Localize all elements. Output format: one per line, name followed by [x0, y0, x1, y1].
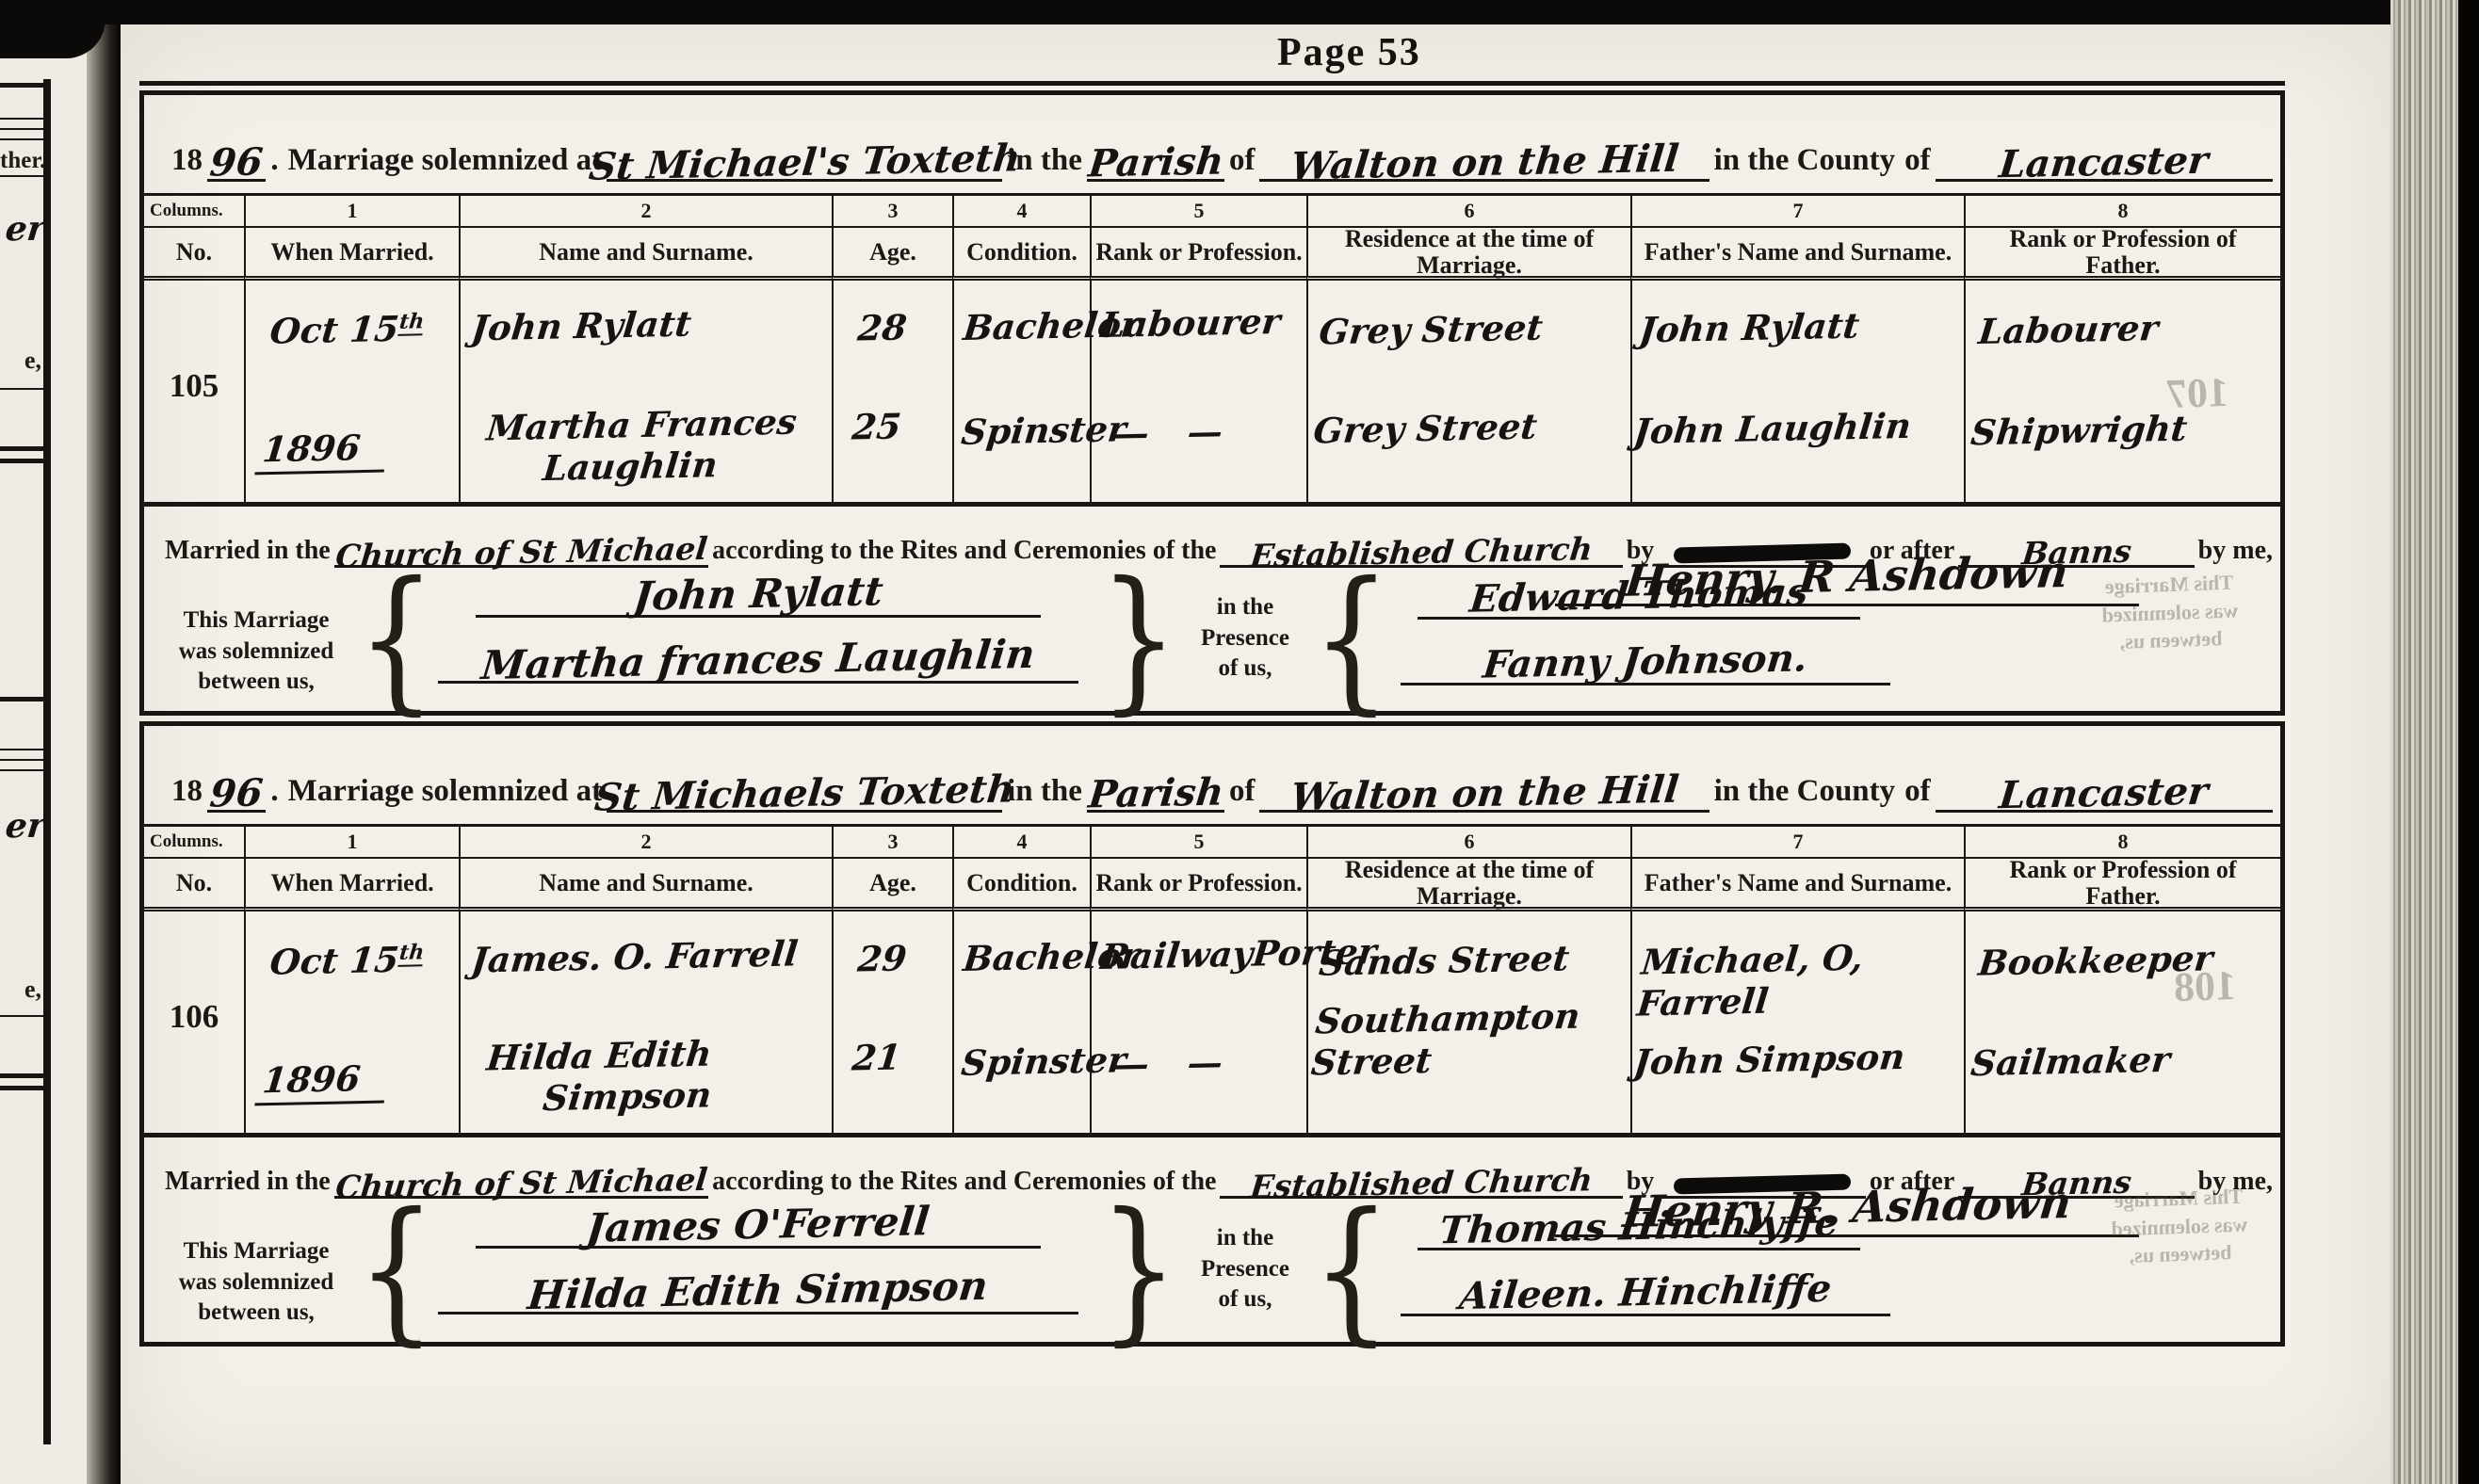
groom-father-name: Michael, O, Farrell — [1635, 934, 1969, 1024]
columns-label: Columns. — [144, 827, 244, 859]
when-married-cell: Oct 15th 1896 — [244, 911, 459, 1137]
column-number: 8 — [1964, 827, 2280, 859]
showthrough-this-marriage: This Marriage was solemnized between us, — [2075, 568, 2266, 658]
presence-label: in the Presence of us, — [1180, 1204, 1310, 1336]
year-blank: 96 — [207, 760, 266, 813]
groom-signature: John Rylatt — [476, 573, 1041, 618]
brace-close: } — [1099, 1205, 1178, 1335]
showthrough-entry-number: 108 — [2173, 961, 2237, 1011]
col-header-name: Name and Surname. — [459, 228, 832, 281]
parish-blank: Parish — [1087, 760, 1224, 813]
bride-father-rank: Sailmaker — [1969, 1039, 2173, 1084]
column-number: 1 — [244, 827, 459, 859]
bride-father-name: John Laughlin — [1631, 405, 1913, 452]
col-header-when-married: When Married. — [244, 228, 459, 281]
presence-label: in the Presence of us, — [1180, 573, 1310, 705]
col-header-father-name: Father's Name and Surname. — [1630, 859, 1964, 911]
period: . — [270, 143, 278, 178]
rule — [0, 1086, 47, 1090]
by-me-label: by me, — [2198, 536, 2273, 566]
groom-age: 28 — [856, 306, 909, 348]
col-header-name: Name and Surname. — [459, 859, 832, 911]
col-header-condition: Condition. — [952, 859, 1090, 911]
period: . — [270, 774, 278, 809]
prev-page-text-fragment: e, — [0, 347, 41, 375]
column-number: 6 — [1306, 196, 1630, 228]
this-marriage-label: This Marriage was solemnized between us, — [157, 573, 355, 705]
brace-open: { — [1312, 574, 1391, 704]
column-number: 7 — [1630, 196, 1964, 228]
brace-open: { — [357, 574, 436, 704]
no-header: No. — [144, 859, 244, 911]
bride-rank-dashes: — — — [1112, 1041, 1239, 1086]
column-number: 6 — [1306, 827, 1630, 859]
prev-page-column-rule — [43, 79, 51, 1444]
column-number: 5 — [1090, 827, 1306, 859]
when-married-cell: Oct 15th 1896 — [244, 281, 459, 507]
scan-black-border — [0, 0, 2479, 24]
rule — [0, 446, 47, 451]
names-cell: John Rylatt Martha FrancesLaughlin — [459, 281, 832, 507]
rank-cell: RailwayPorter — — — [1090, 911, 1306, 1137]
rule — [0, 1073, 47, 1078]
scan-black-border-right — [2458, 0, 2479, 1484]
col-header-residence: Residence at the time of Marriage. — [1306, 228, 1630, 281]
bride-age: 25 — [851, 405, 903, 447]
residence-cell: Grey Street Grey Street — [1306, 281, 1630, 507]
bride-residence: Southampton Street — [1309, 993, 1635, 1083]
bride-father-name: John Simpson — [1631, 1036, 1906, 1083]
column-number: 4 — [952, 827, 1090, 859]
entry-number-cell: 106 — [144, 911, 244, 1137]
party-signatures: James O'Ferrell Hilda Edith Simpson — [438, 1204, 1097, 1336]
marriage-date: Oct 15th — [268, 307, 426, 351]
column-number: 8 — [1964, 196, 2280, 228]
groom-name: John Rylatt — [469, 303, 693, 349]
county-blank: Lancaster — [1936, 760, 2273, 813]
groom-father-name: John Rylatt — [1637, 305, 1861, 351]
col-header-age: Age. — [832, 228, 952, 281]
showthrough-this-marriage: This Marriage was solemnized between us, — [2084, 1182, 2276, 1272]
prev-page-text-fragment: e, — [0, 976, 41, 1004]
county-script: Lancaster — [1998, 142, 2211, 185]
rule — [0, 459, 47, 463]
father-name-cell: John Rylatt John Laughlin — [1630, 281, 1964, 507]
year-prefix: 18 — [171, 143, 203, 178]
marriage-entry-105: 18 96 . Marriage solemnized at St Michae… — [139, 90, 2285, 716]
rule — [0, 128, 47, 130]
page-title: Page 53 — [1277, 30, 1421, 75]
marriage-entry-106: 18 96 . Marriage solemnized at St Michae… — [139, 721, 2285, 1347]
of-label: of — [1229, 774, 1256, 809]
column-number: 7 — [1630, 827, 1964, 859]
rule — [0, 118, 47, 120]
of-label: of — [1904, 774, 1931, 809]
col-header-rank: Rank or Profession. — [1090, 228, 1306, 281]
party-signatures: John Rylatt Martha frances Laughlin — [438, 573, 1097, 705]
age-cell: 29 21 — [832, 911, 952, 1137]
column-number: 1 — [244, 196, 459, 228]
father-name-cell: Michael, O, Farrell John Simpson — [1630, 911, 1964, 1137]
prev-page-text-fragment: ther. — [0, 148, 41, 174]
col-header-condition: Condition. — [952, 228, 1090, 281]
rule — [0, 759, 47, 761]
entry-number-cell: 105 — [144, 281, 244, 507]
entry-number: 105 — [144, 367, 244, 405]
showthrough-entry-number: 107 — [2165, 368, 2229, 418]
age-cell: 28 25 — [832, 281, 952, 507]
brace-open: { — [357, 1205, 436, 1335]
in-the-county-label: in the County — [1714, 774, 1896, 809]
marriage-year: 1896 — [254, 1057, 388, 1106]
column-number: 4 — [952, 196, 1090, 228]
groom-signature: James O'Ferrell — [476, 1204, 1041, 1249]
church-script: St Michael's Toxteth — [587, 139, 1022, 186]
prev-page-script-fragment: er — [4, 806, 49, 847]
rule — [0, 388, 47, 390]
rule — [0, 175, 47, 177]
father-rank-cell: Bookkeeper Sailmaker — [1964, 911, 2280, 1137]
father-rank-cell: Labourer Shipwright — [1964, 281, 2280, 507]
witness1-signature: Thomas Hinchlyffe — [1418, 1206, 1860, 1250]
column-number: 5 — [1090, 196, 1306, 228]
scan-black-corner — [0, 0, 105, 58]
witness2-signature: Aileen. Hinchliffe — [1401, 1272, 1890, 1316]
brace-open: { — [1312, 1205, 1391, 1335]
in-the-label: in the — [1007, 774, 1082, 809]
col-header-father-rank: Rank or Profession of Father. — [1964, 859, 2280, 911]
married-in-the-label: Married in the — [165, 536, 331, 566]
col-header-father-rank: Rank or Profession of Father. — [1964, 228, 2280, 281]
rule — [0, 1015, 47, 1017]
no-header: No. — [144, 228, 244, 281]
column-number: 2 — [459, 196, 832, 228]
parish-script: Parish — [1086, 774, 1224, 815]
place-script: Walton on the Hill — [1288, 771, 1680, 817]
year-blank: 96 — [207, 129, 266, 182]
of-label: of — [1904, 143, 1931, 178]
in-the-county-label: in the County — [1714, 143, 1896, 178]
this-marriage-label: This Marriage was solemnized between us, — [157, 1204, 355, 1336]
rule — [0, 749, 47, 750]
witness2-signature: Fanny Johnson. — [1401, 641, 1890, 686]
book-gutter — [87, 0, 121, 1484]
church-blank: St Michaels Toxteth — [607, 760, 1002, 813]
residence-cell: Sands Street Southampton Street — [1306, 911, 1630, 1137]
bride-signature: Hilda Edith Simpson — [438, 1270, 1078, 1315]
register-table: Columns. 1 2 3 4 5 6 7 8 No. When Marrie… — [144, 193, 2280, 507]
solemnized-block: This Marriage was solemnized between us,… — [157, 1204, 2273, 1336]
rule — [0, 83, 47, 88]
col-header-rank: Rank or Profession. — [1090, 859, 1306, 911]
condition-cell: Bachelor Spinster — [952, 281, 1090, 507]
condition-cell: Bachelor Spinster — [952, 911, 1090, 1137]
col-header-when-married: When Married. — [244, 859, 459, 911]
columns-label: Columns. — [144, 196, 244, 228]
rank-cell: Labourer — — — [1090, 281, 1306, 507]
place-script: Walton on the Hill — [1288, 140, 1680, 186]
of-label: of — [1229, 143, 1256, 178]
rite-script: Established Church — [1249, 1164, 1595, 1202]
marriage-solemnized-label: Marriage solemnized at — [288, 143, 603, 178]
col-header-residence: Residence at the time of Marriage. — [1306, 859, 1630, 911]
groom-residence: Grey Street — [1317, 307, 1545, 353]
bride-rank-dashes: — — — [1112, 411, 1239, 455]
register-table: Columns. 1 2 3 4 5 6 7 8 No. When Marrie… — [144, 824, 2280, 1137]
page-edges — [2390, 0, 2460, 1484]
entry-number: 106 — [144, 998, 244, 1036]
bride-residence: Grey Street — [1311, 406, 1539, 452]
place-blank: Walton on the Hill — [1259, 760, 1709, 813]
groom-name: James. O. Farrell — [469, 932, 800, 980]
column-number: 3 — [832, 196, 952, 228]
brace-close: } — [1099, 574, 1178, 704]
parish-blank: Parish — [1087, 129, 1224, 182]
bride-name: Hilda EdithSimpson — [480, 1032, 718, 1120]
bride-age: 21 — [851, 1036, 903, 1078]
rule — [0, 769, 47, 771]
place-blank: Walton on the Hill — [1259, 129, 1709, 182]
names-cell: James. O. Farrell Hilda EdithSimpson — [459, 911, 832, 1137]
rite-script: Established Church — [1249, 533, 1595, 572]
bride-father-rank: Shipwright — [1969, 408, 2189, 454]
county-blank: Lancaster — [1936, 129, 2273, 182]
bride-signature: Martha frances Laughlin — [438, 639, 1078, 684]
year-script: 96 — [208, 143, 265, 182]
groom-father-rank: Labourer — [1977, 307, 2161, 352]
married-in-the-label: Married in the — [165, 1167, 331, 1197]
groom-residence: Sands Street — [1317, 937, 1571, 984]
marriage-year: 1896 — [254, 427, 388, 476]
column-number: 3 — [832, 827, 952, 859]
register-heading: 18 96 . Marriage solemnized at St Michae… — [144, 737, 2280, 813]
groom-rank: Labourer — [1099, 301, 1283, 346]
witness1-signature: Edward Thomas — [1418, 575, 1860, 620]
marriage-solemnized-label: Marriage solemnized at — [288, 774, 603, 809]
register-heading: 18 96 . Marriage solemnized at St Michae… — [144, 106, 2280, 182]
prev-page-script-fragment: er — [4, 209, 49, 250]
church-script: St Michaels Toxteth — [592, 770, 1016, 816]
col-header-age: Age. — [832, 859, 952, 911]
column-number: 2 — [459, 827, 832, 859]
county-script: Lancaster — [1998, 773, 2211, 815]
previous-page-edge: ther. er e, er e, — [0, 23, 87, 1484]
marriage-date: Oct 15th — [268, 938, 426, 982]
parish-script: Parish — [1086, 143, 1224, 184]
bride-name: Martha FrancesLaughlin — [480, 401, 799, 491]
year-script: 96 — [208, 774, 265, 813]
rule — [0, 138, 47, 140]
solemnized-block: This Marriage was solemnized between us,… — [157, 573, 2273, 705]
year-prefix: 18 — [171, 774, 203, 809]
col-header-father-name: Father's Name and Surname. — [1630, 228, 1964, 281]
church-blank: St Michael's Toxteth — [607, 129, 1002, 182]
groom-age: 29 — [856, 937, 909, 979]
rule — [0, 697, 47, 702]
